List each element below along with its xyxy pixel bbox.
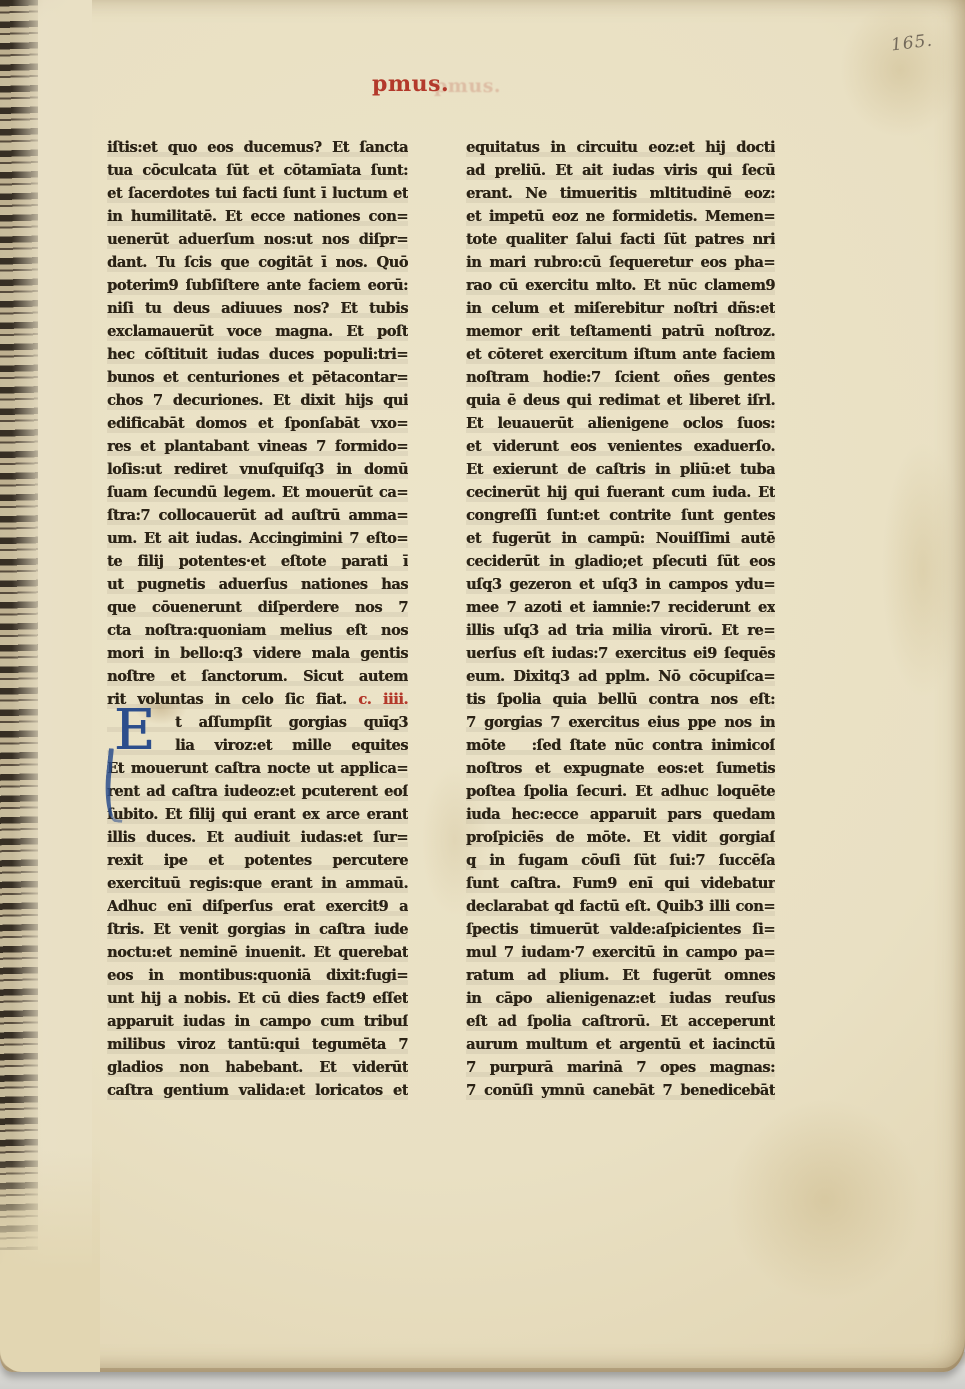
line-text: ut pugnetis aduerſus nationes has xyxy=(107,576,408,593)
text-line: milibus viroz tantū:qui tegumēta 7 xyxy=(107,1033,408,1056)
text-line: et impetū eoz ne formidetis. Memen= xyxy=(466,205,775,228)
line-text: in celum et miſerebitur noſtri dñs:et xyxy=(466,300,775,317)
line-text: gladios non habebant. Et viderūt xyxy=(107,1059,408,1076)
line-text: cecinerūt hij qui fuerant cum iuda. Et xyxy=(466,484,775,501)
line-text: memor erit teſtamenti patrū noſtroz. xyxy=(466,323,775,340)
line-text: uerſus eſt iudas:7 exercitus ei9 ſequēs xyxy=(466,645,775,662)
text-line: chos 7 decuriones. Et dixit hijs qui xyxy=(107,389,408,412)
line-text: quia ē deus qui redimat et liberet iſrl. xyxy=(466,392,775,409)
line-text: in cāpo alienigenaz:et iudas reuſus xyxy=(466,990,775,1007)
line-text: eos in montibus:quoniā dixit:fugi= xyxy=(107,967,408,984)
line-text: loſis:ut rediret vnuſquiſq3 in domū xyxy=(107,461,408,478)
line-text: tis ſpolia quia bellū contra nos eſt: xyxy=(466,691,775,708)
text-line: res et plantabant vineas 7 formido= xyxy=(107,435,408,458)
line-text: ſpectis timuerūt valde:aſpicientes ſi= xyxy=(466,921,775,938)
running-header-text: pmus. xyxy=(372,71,449,97)
line-text: 7 gorgias 7 exercitus eius ppe nos in xyxy=(466,714,775,731)
line-text: equitatus in circuitu eoz:et hij docti xyxy=(466,139,775,156)
text-line: declarabat qd factū eſt. Quib3 illi con= xyxy=(466,895,775,918)
text-column-right: equitatus in circuitu eoz:et hij doctiad… xyxy=(466,136,775,1104)
text-line: poſtea ſpolia ſecuri. Et adhuc loquēte xyxy=(466,780,775,803)
line-text: noſtram hodie:7 ſcient oñes gentes xyxy=(466,369,775,386)
line-text: proſpiciēs de mōte. Et vidit gorgiaſ xyxy=(466,829,775,846)
text-line: eos in montibus:quoniā dixit:fugi= xyxy=(107,964,408,987)
line-text: chos 7 decuriones. Et dixit hijs qui xyxy=(107,392,408,409)
text-line: q in fugam cōuſi ſūt ſui:7 ſuccēſa xyxy=(466,849,775,872)
running-header: pmus. pmus. xyxy=(372,71,632,101)
text-line: in humilitatē. Et ecce nationes con= xyxy=(107,205,408,228)
line-text: te filij potentes·et eſtote parati ī man… xyxy=(107,553,408,573)
line-text: in mari rubro:cū ſequeretur eos pha= xyxy=(466,254,775,271)
text-line: 7 gorgias 7 exercitus eius ppe nos in xyxy=(466,711,775,734)
line-text: dant. Tu ſcis que cogitāt ī nos. Quō xyxy=(107,254,408,271)
line-text: um. Et ait iudas. Accingimini 7 eſto= xyxy=(107,530,408,547)
text-line: tote qualiter ſalui facti ſūt patres nri xyxy=(466,228,775,251)
line-text: uenerūt aduerſum nos:ut nos diſpr= xyxy=(107,231,408,248)
line-text: mōte :ſed ſtate nūc contra inimicoſ xyxy=(466,737,775,754)
text-line: noſtram hodie:7 ſcient oñes gentes xyxy=(466,366,775,389)
line-text: que cōuenerunt diſperdere nos 7 ſan= xyxy=(107,599,408,619)
text-line: noſtre et ſanctorum. Sicut autem fue= xyxy=(107,665,408,688)
line-text: exclamauerūt voce magna. Et poſt xyxy=(107,323,408,340)
text-line: rent ad caſtra iudeoz:et pcuterent eoſ xyxy=(107,780,408,803)
text-line: uerſus eſt iudas:7 exercitus ei9 ſequēs xyxy=(466,642,775,665)
line-text: iuda hec:ecce apparuit pars quedam xyxy=(466,806,775,823)
line-text: erant. Ne timueritis mltitudinē eoz: xyxy=(466,185,775,202)
line-text: tote qualiter ſalui facti ſūt patres nri xyxy=(466,231,775,248)
text-line: quia ē deus qui redimat et liberet iſrl. xyxy=(466,389,775,412)
line-text: rexit ipe et potentes percutere virtutem xyxy=(107,852,408,872)
line-text: mori in bello:q3 videre mala gentis xyxy=(107,645,408,662)
text-line: ad preliū. Et ait iudas viris qui ſecū xyxy=(466,159,775,182)
text-line: cta noſtra:quoniam melius eſt nos xyxy=(107,619,408,642)
line-text: tua cōculcata ſūt et cōtamīata ſunt: xyxy=(107,162,408,179)
text-line: ſubito. Et filij qui erant ex arce erant xyxy=(107,803,408,826)
text-line: bunos et centuriones et pētacontar= xyxy=(107,366,408,389)
text-line: illis uſq3 ad tria milia virorū. Et re= xyxy=(466,619,775,642)
line-text: 7 purpurā marinā 7 opes magnas: xyxy=(466,1059,775,1076)
text-line: mōte :ſed ſtate nūc contra inimicoſ xyxy=(466,734,775,757)
text-line: eum. Dixitq3 ad pplm. Nō cōcupiſca= xyxy=(466,665,775,688)
text-line: noſtros et expugnate eos:et ſumetis xyxy=(466,757,775,780)
line-text: niſi tu deus adiuues nos? Et tubis xyxy=(107,300,408,317)
text-line: uenerūt aduerſum nos:ut nos diſpr= xyxy=(107,228,408,251)
parchment-stain xyxy=(868,400,965,740)
text-line: ſunt caſtra. Fum9 enī qui videbatur xyxy=(466,872,775,895)
text-line: illis duces. Et audiuit iudas:et ſur= xyxy=(107,826,408,849)
chapter-rubric: c. iiii. xyxy=(358,691,408,708)
line-text: noſtre et ſanctorum. Sicut autem fue= xyxy=(107,668,408,688)
text-line: ſtra:7 collocauerūt ad auſtrū amma= xyxy=(107,504,408,527)
text-line: caſtra gentium valida:et loricatos et xyxy=(107,1079,408,1102)
text-line: apparuit iudas in campo cum tribuſ xyxy=(107,1010,408,1033)
text-line: edificabāt domos et ſponſabāt vxo= xyxy=(107,412,408,435)
text-line: eſt ad ſpolia caſtrorū. Et acceperunt xyxy=(466,1010,775,1033)
text-line: et fugerūt in campū: Nouiſſimi autē xyxy=(466,527,775,550)
line-text: ſunt caſtra. Fum9 enī qui videbatur xyxy=(466,875,775,892)
text-line: et cōteret exercitum iſtum ante faciem xyxy=(466,343,775,366)
text-line: hec cōſtituit iudas duces populi:tri= xyxy=(107,343,408,366)
line-text: ratum ad plium. Et fugerūt omnes xyxy=(466,967,775,984)
text-line: Et exierunt de caſtris in pliū:et tuba xyxy=(466,458,775,481)
text-line: in celum et miſerebitur noſtri dñs:et xyxy=(466,297,775,320)
text-line: iſtis:et quo eos ducemus? Et ſancta xyxy=(107,136,408,159)
line-text: et viderunt eos venientes exaduerſo. xyxy=(466,438,775,455)
text-line: rexit ipe et potentes percutere virtutem xyxy=(107,849,408,872)
text-line: loſis:ut rediret vnuſquiſq3 in domū xyxy=(107,458,408,481)
line-text: ſtra:7 collocauerūt ad auſtrū amma= xyxy=(107,507,408,524)
text-line: aurum multum et argentū et iacinctū xyxy=(466,1033,775,1056)
line-text: et cōteret exercitum iſtum ante faciem xyxy=(466,346,775,363)
text-line: ratum ad plium. Et fugerūt omnes xyxy=(466,964,775,987)
line-text: caſtra gentium valida:et loricatos et xyxy=(107,1082,408,1099)
line-text: unt hij a nobis. Et cū dies fact9 eſſet xyxy=(107,990,408,1007)
line-text: Et exierunt de caſtris in pliū:et tuba xyxy=(466,461,775,478)
text-line: mul 7 iudam·7 exercitū in campo pa= xyxy=(466,941,775,964)
line-text: in humilitatē. Et ecce nationes con= xyxy=(107,208,408,225)
text-line: erant. Ne timueritis mltitudinē eoz: xyxy=(466,182,775,205)
line-text: rao cū exercitu mlto. Et nūc clamem9 xyxy=(466,277,775,294)
text-line: cecinerūt hij qui fuerant cum iuda. Et xyxy=(466,481,775,504)
line-text: ceciderūt in gladio;et pſecuti ſūt eos xyxy=(466,553,775,570)
line-text: Et leuauerūt alienigene oclos ſuos: xyxy=(466,415,775,432)
line-text: iſtis:et quo eos ducemus? Et ſancta xyxy=(107,139,408,156)
line-text: illis uſq3 ad tria milia virorū. Et re= xyxy=(466,622,775,639)
line-text: cta noſtra:quoniam melius eſt nos xyxy=(107,622,408,639)
line-text: noctu:et neminē inuenit. Et querebat xyxy=(107,944,408,961)
gutter-bottom-shading xyxy=(0,1150,100,1372)
text-line: congreſſi ſunt:et contrite ſunt gentes xyxy=(466,504,775,527)
line-text: mee 7 azoti et iamnie:7 reciderunt ex xyxy=(466,599,775,616)
text-line: Adhuc enī diſperſus erat exercit9 a ca= xyxy=(107,895,408,918)
line-text: illis duces. Et audiuit iudas:et ſur= xyxy=(107,829,408,846)
text-line: ſpectis timuerūt valde:aſpicientes ſi= xyxy=(466,918,775,941)
folio-number: 165. xyxy=(890,31,934,56)
line-text: bunos et centuriones et pētacontar= xyxy=(107,369,408,386)
text-line: poterim9 ſubſiſtere ante faciem eorū: xyxy=(107,274,408,297)
line-text: eſt ad ſpolia caſtrorū. Et acceperunt xyxy=(466,1013,775,1030)
text-line: rao cū exercitu mlto. Et nūc clamem9 xyxy=(466,274,775,297)
parchment-stain xyxy=(820,0,965,160)
text-line: mori in bello:q3 videre mala gentis xyxy=(107,642,408,665)
text-line: unt hij a nobis. Et cū dies fact9 eſſet xyxy=(107,987,408,1010)
illuminated-initial: E xyxy=(97,707,171,753)
line-text: milibus viroz tantū:qui tegumēta 7 xyxy=(107,1036,408,1053)
text-line: um. Et ait iudas. Accingimini 7 eſto= xyxy=(107,527,408,550)
text-line: 7 conūſi ymnū canebāt 7 benedicebāt xyxy=(466,1079,775,1102)
text-line: ceciderūt in gladio;et pſecuti ſūt eos xyxy=(466,550,775,573)
text-column-left: iſtis:et quo eos ducemus? Et ſanctatua c… xyxy=(107,136,408,1104)
line-text: mul 7 iudam·7 exercitū in campo pa= xyxy=(466,944,775,961)
line-text: rent ad caſtra iudeoz:et pcuterent eoſ xyxy=(107,783,408,800)
text-line: in cāpo alienigenaz:et iudas reuſus xyxy=(466,987,775,1010)
line-text: et ſacerdotes tui facti ſunt ī luctum et xyxy=(107,185,408,202)
line-text: eum. Dixitq3 ad pplm. Nō cōcupiſca= xyxy=(466,668,775,685)
line-text: poterim9 ſubſiſtere ante faciem eorū: xyxy=(107,277,408,294)
line-text: uſq3 gezeron et uſq3 in campos ydu= xyxy=(466,576,775,593)
line-text: q in fugam cōuſi ſūt ſui:7 ſuccēſa xyxy=(466,852,775,869)
text-line: exercituū regis:que erant in ammaū. xyxy=(107,872,408,895)
text-line: uſq3 gezeron et uſq3 in campos ydu= xyxy=(466,573,775,596)
line-text: hec cōſtituit iudas duces populi:tri= xyxy=(107,346,408,363)
text-line: tua cōculcata ſūt et cōtamīata ſunt: xyxy=(107,159,408,182)
text-line: et ſacerdotes tui facti ſunt ī luctum et xyxy=(107,182,408,205)
line-text: ſuam ſecundū legem. Et mouerūt ca= xyxy=(107,484,408,501)
line-text: apparuit iudas in campo cum tribuſ xyxy=(107,1013,408,1030)
text-line: ſuam ſecundū legem. Et mouerūt ca= xyxy=(107,481,408,504)
text-line: 7 purpurā marinā 7 opes magnas: xyxy=(466,1056,775,1079)
text-line: te filij potentes·et eſtote parati ī man… xyxy=(107,550,408,573)
line-text: 7 conūſi ymnū canebāt 7 benedicebāt xyxy=(466,1082,775,1099)
text-line: iuda hec:ecce apparuit pars quedam xyxy=(466,803,775,826)
parchment-page: pmus. pmus. 165. iſtis:et quo eos ducemu… xyxy=(0,0,965,1372)
text-line: noctu:et neminē inuenit. Et querebat xyxy=(107,941,408,964)
line-text: t aſſumpſit gorgias quīq3 mi= xyxy=(175,714,408,734)
line-text: ſtris. Et venit gorgias in caſtra iude xyxy=(107,921,408,938)
line-text: et impetū eoz ne formidetis. Memen= xyxy=(466,208,775,225)
line-text: ſubito. Et filij qui erant ex arce erant xyxy=(107,806,408,823)
text-line: ſtris. Et venit gorgias in caſtra iude xyxy=(107,918,408,941)
text-line: niſi tu deus adiuues nos? Et tubis xyxy=(107,297,408,320)
line-text: edificabāt domos et ſponſabāt vxo= xyxy=(107,415,408,432)
text-line: ut pugnetis aduerſus nationes has xyxy=(107,573,408,596)
line-text: Adhuc enī diſperſus erat exercit9 a ca= xyxy=(107,898,408,918)
text-line: gladios non habebant. Et viderūt xyxy=(107,1056,408,1079)
line-text: aurum multum et argentū et iacinctū xyxy=(466,1036,775,1053)
line-text: et fugerūt in campū: Nouiſſimi autē xyxy=(466,530,775,547)
line-text: exercituū regis:que erant in ammaū. xyxy=(107,875,408,892)
text-line: exclamauerūt voce magna. Et poſt xyxy=(107,320,408,343)
text-line: mee 7 azoti et iamnie:7 reciderunt ex xyxy=(466,596,775,619)
text-line: tis ſpolia quia bellū contra nos eſt: xyxy=(466,688,775,711)
line-text: noſtros et expugnate eos:et ſumetis xyxy=(466,760,775,777)
text-line: que cōuenerunt diſperdere nos 7 ſan= xyxy=(107,596,408,619)
line-text: ad preliū. Et ait iudas viris qui ſecū xyxy=(466,162,775,179)
text-line: proſpiciēs de mōte. Et vidit gorgiaſ xyxy=(466,826,775,849)
line-text: poſtea ſpolia ſecuri. Et adhuc loquēte xyxy=(466,783,775,800)
line-text: declarabat qd factū eſt. Quib3 illi con= xyxy=(466,898,775,915)
line-text: res et plantabant vineas 7 formido= xyxy=(107,438,408,455)
line-text: lia viroz:et mille equites electoſ. xyxy=(175,737,408,757)
line-text: congreſſi ſunt:et contrite ſunt gentes xyxy=(466,507,775,524)
text-line: et viderunt eos venientes exaduerſo. xyxy=(466,435,775,458)
text-line: in mari rubro:cū ſequeretur eos pha= xyxy=(466,251,775,274)
text-line: dant. Tu ſcis que cogitāt ī nos. Quō xyxy=(107,251,408,274)
text-line: equitatus in circuitu eoz:et hij docti xyxy=(466,136,775,159)
text-line: memor erit teſtamenti patrū noſtroz. xyxy=(466,320,775,343)
text-line: Et leuauerūt alienigene oclos ſuos: xyxy=(466,412,775,435)
